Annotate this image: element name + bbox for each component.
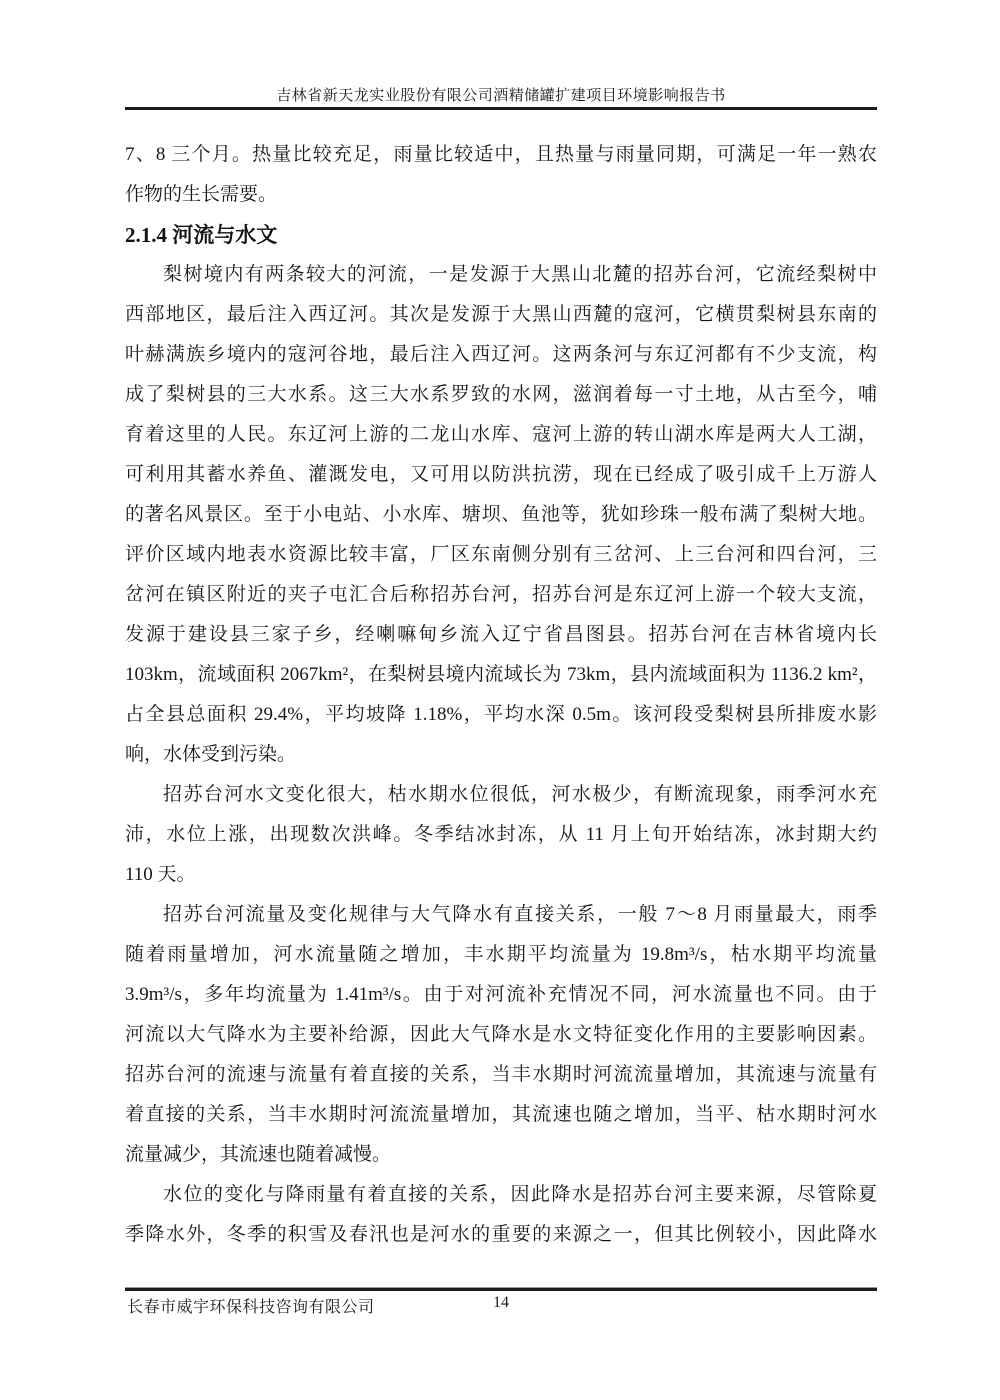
- body-line: 占全县总面积 29.4%，平均坡降 1.18%，平均水深 0.5m。该河段受梨树…: [125, 695, 877, 735]
- body-line: 发源于建设县三家子乡，经喇嘛甸乡流入辽宁省昌图县。招苏台河在吉林省境内长: [125, 615, 877, 655]
- report-page: 吉林省新天龙实业股份有限公司酒精储罐扩建项目环境影响报告书 7、8 三个月。热量…: [0, 0, 1000, 1400]
- footer-rule: [125, 1287, 877, 1291]
- body-line: 103km，流域面积 2067km²，在梨树县境内流域长为 73km，县内流域面…: [125, 655, 877, 695]
- body-line: 7、8 三个月。热量比较充足，雨量比较适中，且热量与雨量同期，可满足一年一熟农: [125, 135, 877, 175]
- body-line: 水位的变化与降雨量有着直接的关系，因此降水是招苏台河主要来源，尽管除夏: [125, 1175, 877, 1215]
- body-line: 河流以大气降水为主要补给源，因此大气降水是水文特征变化作用的主要影响因素。: [125, 1015, 877, 1055]
- body-line: 招苏台河水文变化很大，枯水期水位很低，河水极少，有断流现象，雨季河水充: [125, 775, 877, 815]
- body-line: 西部地区，最后注入西辽河。其次是发源于大黑山西麓的寇河，它横贯梨树县东南的: [125, 295, 877, 335]
- paragraph-intro: 7、8 三个月。热量比较充足，雨量比较适中，且热量与雨量同期，可满足一年一熟农 …: [125, 135, 877, 215]
- body-line: 作物的生长需要。: [125, 175, 877, 215]
- body-line: 育着这里的人民。东辽河上游的二龙山水库、寇河上游的转山湖水库是两大人工湖，: [125, 415, 877, 455]
- body-line: 随着雨量增加，河水流量随之增加，丰水期平均流量为 19.8m³/s，枯水期平均流…: [125, 935, 877, 975]
- footer-page-number: 14: [125, 1294, 877, 1312]
- body-line: 招苏台河的流速与流量有着直接的关系，当丰水期时河流流量增加，其流速与流量有: [125, 1055, 877, 1095]
- header-rule: [125, 107, 877, 110]
- paragraph-waterlevel: 水位的变化与降雨量有着直接的关系，因此降水是招苏台河主要来源，尽管除夏 季降水外…: [125, 1175, 877, 1255]
- paragraph-rivers: 梨树境内有两条较大的河流，一是发源于大黑山北麓的招苏台河，它流经梨树中 西部地区…: [125, 255, 877, 775]
- body-line: 流量减少，其流速也随着减慢。: [125, 1135, 877, 1175]
- body-line: 着直接的关系，当丰水期时河流流量增加，其流速也随之增加，当平、枯水期时河水: [125, 1095, 877, 1135]
- body-line: 110 天。: [125, 855, 877, 895]
- paragraph-hydrology: 招苏台河水文变化很大，枯水期水位很低，河水极少，有断流现象，雨季河水充 沛，水位…: [125, 775, 877, 895]
- body-line: 叶赫满族乡境内的寇河谷地，最后注入西辽河。这两条河与东辽河都有不少支流，构: [125, 335, 877, 375]
- page-header-title: 吉林省新天龙实业股份有限公司酒精储罐扩建项目环境影响报告书: [125, 84, 877, 105]
- body-line: 季降水外，冬季的积雪及春汛也是河水的重要的来源之一，但其比例较小，因此降水: [125, 1215, 877, 1255]
- document-body: 7、8 三个月。热量比较充足，雨量比较适中，且热量与雨量同期，可满足一年一熟农 …: [125, 135, 877, 1255]
- body-line: 响，水体受到污染。: [125, 735, 877, 775]
- paragraph-flow: 招苏台河流量及变化规律与大气降水有直接关系，一般 7～8 月雨量最大，雨季 随着…: [125, 895, 877, 1175]
- body-line: 招苏台河流量及变化规律与大气降水有直接关系，一般 7～8 月雨量最大，雨季: [125, 895, 877, 935]
- section-heading: 2.1.4 河流与水文: [125, 215, 877, 255]
- body-line: 可利用其蓄水养鱼、灌溉发电，又可用以防洪抗涝，现在已经成了吸引成千上万游人: [125, 455, 877, 495]
- body-line: 3.9m³/s，多年均流量为 1.41m³/s。由于对河流补充情况不同，河水流量…: [125, 975, 877, 1015]
- body-line: 沛，水位上涨，出现数次洪峰。冬季结冰封冻，从 11 月上旬开始结冻，冰封期大约: [125, 815, 877, 855]
- body-line: 成了梨树县的三大水系。这三大水系罗致的水网，滋润着每一寸土地，从古至今，哺: [125, 375, 877, 415]
- body-line: 岔河在镇区附近的夹子屯汇合后称招苏台河，招苏台河是东辽河上游一个较大支流，: [125, 575, 877, 615]
- body-line: 的著名风景区。至于小电站、小水库、塘坝、鱼池等，犹如珍珠一般布满了梨树大地。: [125, 495, 877, 535]
- body-line: 评价区域内地表水资源比较丰富，厂区东南侧分别有三岔河、上三台河和四台河，三: [125, 535, 877, 575]
- body-line: 梨树境内有两条较大的河流，一是发源于大黑山北麓的招苏台河，它流经梨树中: [125, 255, 877, 295]
